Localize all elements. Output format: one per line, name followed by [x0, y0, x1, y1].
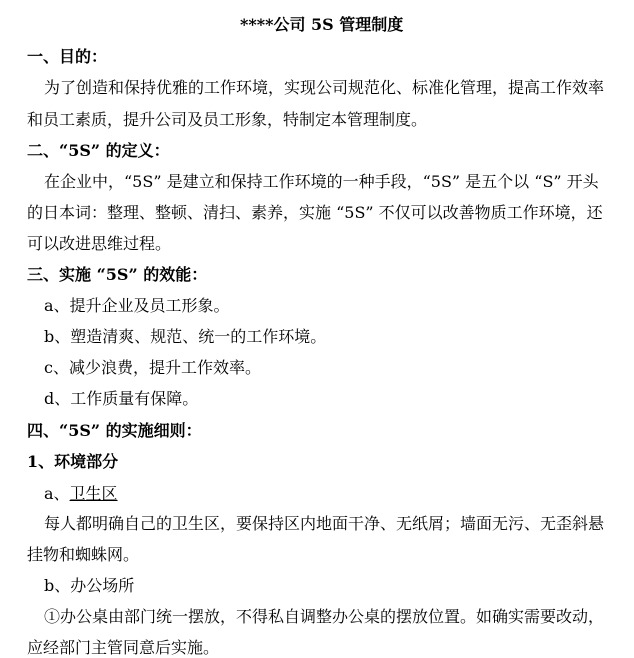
part-prefix: a、 — [44, 484, 70, 503]
paragraph-line: ①办公桌由部门统一摆放，不得私自调整办公桌的摆放位置。如确实需要改动， — [44, 607, 604, 627]
part-label: 卫生区 — [70, 484, 118, 503]
paragraph-line: 在企业中，“5S” 是建立和保持工作环境的一种手段，“5S” 是五个以 “S” … — [44, 172, 599, 192]
section-heading-rules: 四、“5S” 的实施细则： — [27, 421, 202, 441]
paragraph-line: 应经部门主管同意后实施。 — [27, 638, 219, 658]
paragraph-line: 挂物和蜘蛛网。 — [27, 545, 139, 565]
section-heading-definition: 二、“5S” 的定义： — [27, 141, 170, 161]
paragraph-line: 和员工素质，提升公司及员工形象，特制定本管理制度。 — [27, 110, 427, 130]
paragraph-line: 为了创造和保持优雅的工作环境，实现公司规范化、标准化管理，提高工作效率 — [44, 78, 604, 98]
part-heading-office: b、办公场所 — [44, 576, 134, 596]
document-title: ****公司 5S 管理制度 — [240, 15, 403, 35]
part-prefix: b、 — [44, 576, 70, 595]
section-heading-benefits: 三、实施 “5S” 的效能： — [27, 265, 207, 285]
paragraph-line: 每人都明确自己的卫生区，要保持区内地面干净、无纸屑；墙面无污、无歪斜悬 — [44, 514, 604, 534]
subsection-heading-environment: 1、环境部分 — [27, 452, 118, 472]
list-item: b、塑造清爽、规范、统一的工作环境。 — [44, 327, 326, 347]
section-heading-purpose: 一、目的： — [27, 47, 107, 67]
list-item: d、工作质量有保障。 — [44, 389, 198, 409]
part-label: 办公场所 — [70, 576, 134, 595]
part-heading-hygiene-area: a、卫生区 — [44, 484, 118, 504]
paragraph-line: 可以改进思维过程。 — [27, 234, 171, 254]
paragraph-line: 的日本词：整理、整顿、清扫、素养，实施 “5S” 不仅可以改善物质工作环境，还 — [27, 203, 603, 223]
list-item: a、提升企业及员工形象。 — [44, 296, 230, 316]
list-item: c、减少浪费，提升工作效率。 — [44, 358, 261, 378]
